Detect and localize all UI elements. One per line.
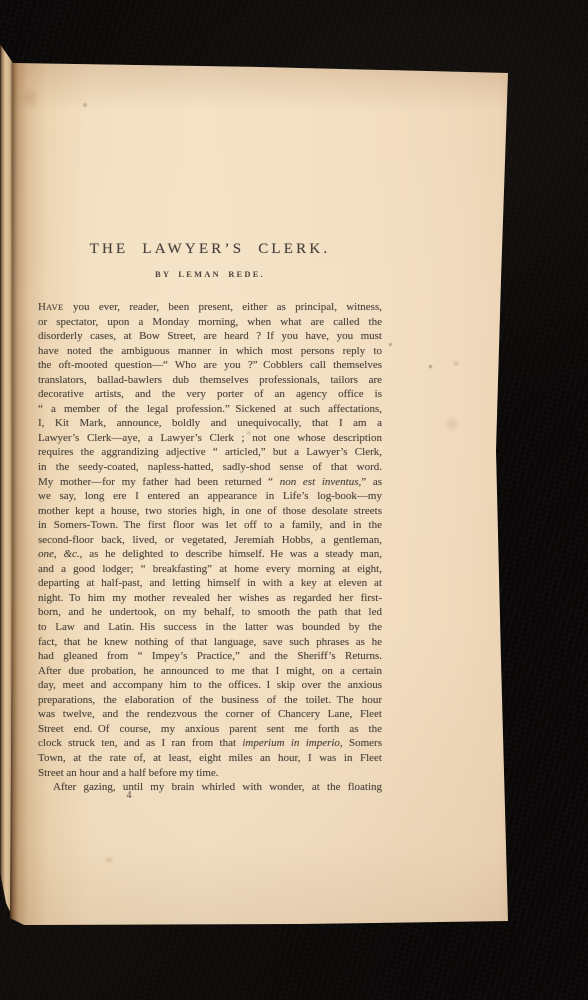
text-line: Street end. Of course, my anxious parent… — [38, 722, 382, 737]
text-line: clock struck ten, and as I ran from that… — [38, 736, 382, 751]
text-line: mother kept a house, two stories high, i… — [38, 504, 382, 519]
paper-stain — [428, 364, 433, 369]
text-line: Street an hour and a half before my time… — [38, 766, 382, 781]
text-line: decorative artists, and the very porter … — [38, 387, 382, 402]
text-line: was twelve, and the rendezvous the corne… — [38, 707, 382, 722]
paper-stain — [444, 416, 460, 432]
text-line: had gleaned from “ Impey’s Practice,” an… — [38, 649, 382, 664]
text-line: My mother—for my father had been returne… — [38, 475, 382, 490]
text-line: one, &c., as he delighted to describe hi… — [38, 547, 382, 562]
text-line: the oft-mooted question—“ Who are you ?”… — [38, 358, 382, 373]
paper-stain — [452, 360, 460, 367]
byline: BY LEMAN REDE. — [38, 269, 382, 279]
page-title: THE LAWYER’S CLERK. — [38, 241, 382, 258]
text-line: departing at half-past, and letting hims… — [38, 576, 382, 591]
photo-background: THE LAWYER’S CLERK. BY LEMAN REDE. HAVE … — [0, 0, 588, 1000]
text-line: translators, ballad-bawlers dub themselv… — [38, 373, 382, 388]
text-line: have noted the ambiguous manner in which… — [38, 344, 382, 359]
text-line: born, and he undertook, on my behalf, to… — [38, 605, 382, 620]
text-line: or spectator, upon a Monday morning, whe… — [38, 315, 382, 330]
text-line: Lawyer’s Clerk—aye, a Lawyer’s Clerk ; n… — [38, 431, 382, 446]
paper-stain — [82, 102, 88, 108]
text-line: fact, that he knew nothing of that langu… — [38, 635, 382, 650]
text-line: second-floor back, lived, or vegetated, … — [38, 533, 382, 548]
text-line: “ a member of the legal profession.” Sic… — [38, 402, 382, 417]
paper-stain — [20, 86, 40, 110]
book-page: THE LAWYER’S CLERK. BY LEMAN REDE. HAVE … — [0, 0, 588, 1000]
text-line: day, meet and accompany him to the offic… — [38, 678, 382, 693]
text-line: After gazing, until my brain whirled wit… — [38, 780, 382, 795]
paper-stain — [388, 342, 393, 347]
body-text: HAVE you ever, reader, been present, eit… — [38, 300, 382, 795]
text-line: requires the aggrandizing adjective “ ar… — [38, 445, 382, 460]
text-line: disorderly cases, at Bow Street, are hea… — [38, 329, 382, 344]
text-line: in Somers-Town. The first floor was let … — [38, 518, 382, 533]
paper-stain — [104, 856, 114, 864]
text-line: and a good lodger; “ breakfasting” at ho… — [38, 562, 382, 577]
text-line: Town, at the rate of, at least, eight mi… — [38, 751, 382, 766]
text-line: I, Kit Mark, announce, boldly and unequi… — [38, 416, 382, 431]
text-line: we say, long ere I entered an appearance… — [38, 489, 382, 504]
text-line: night. To him my mother revealed her wis… — [38, 591, 382, 606]
page-number: 4 — [120, 790, 138, 801]
text-line: to Law and Latin. His success in the lat… — [38, 620, 382, 635]
text-line: After due probation, he announced to me … — [38, 664, 382, 679]
text-line: preparations, the elaboration of the bus… — [38, 693, 382, 708]
text-line: in the seedy-coated, napless-hatted, sad… — [38, 460, 382, 475]
text-line: HAVE you ever, reader, been present, eit… — [38, 300, 382, 315]
